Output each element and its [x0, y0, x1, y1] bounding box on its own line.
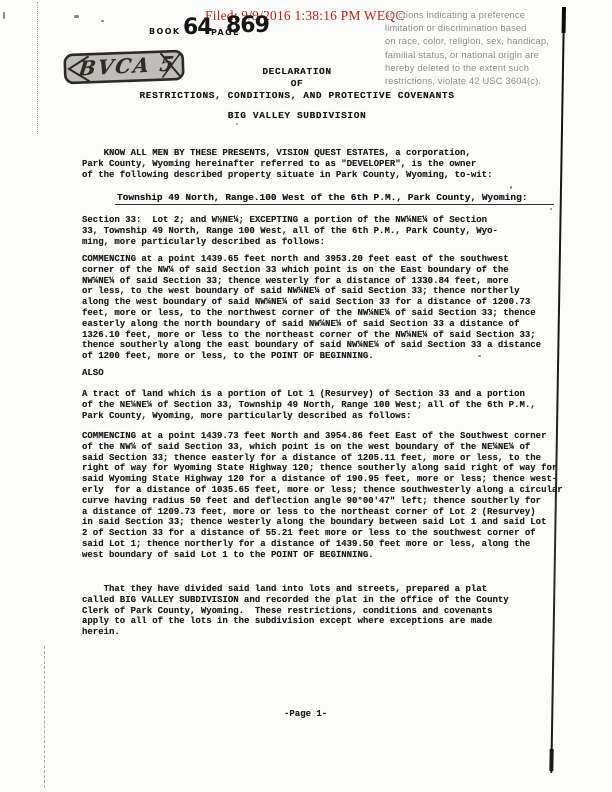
paragraph-intro: KNOW ALL MEN BY THESE PRESENTS, VISION Q… [82, 148, 492, 180]
scan-speck [3, 12, 5, 19]
scan-speck [510, 186, 512, 189]
scan-edge-line [550, 7, 565, 773]
book-label: BOOK [149, 27, 181, 36]
paragraph-commencing-2: COMMENCING at a point 1439.73 feet North… [82, 431, 563, 561]
scan-speck [550, 208, 552, 210]
book-number: 64 [183, 15, 212, 40]
doc-title-restrictions: RESTRICTIONS, CONDITIONS, AND PROTECTIVE… [0, 90, 594, 101]
scan-speck [74, 15, 79, 18]
doc-title-declaration: DECLARATION [0, 66, 594, 77]
paragraph-divided: That they have divided said land into lo… [82, 584, 509, 638]
doc-subtitle-subdivision: BIG VALLEY SUBDIVISION [0, 110, 594, 121]
township-heading: Township 49 North, Range.100 West of the… [115, 192, 554, 205]
scan-speck [236, 123, 238, 125]
paragraph-commencing-1: COMMENCING at a point 1439.65 feet north… [82, 254, 541, 362]
paragraph-tract: A tract of land which is a portion of Lo… [82, 389, 536, 421]
paragraph-also: ALSO [82, 368, 104, 379]
scanned-document-page: Filed: 9/9/2016 1:38:16 PM WEQC BOOK 64 … [0, 0, 612, 792]
page-number: 869 [226, 13, 269, 38]
page-footer: -Page 1- [284, 709, 327, 720]
scan-dotted-artifact-bottom [44, 646, 45, 788]
scan-speck [101, 20, 104, 22]
doc-title-of: OF [0, 78, 594, 89]
paragraph-section33: Section 33: Lot 2; and W½NE¼; EXCEPTING … [82, 215, 498, 247]
